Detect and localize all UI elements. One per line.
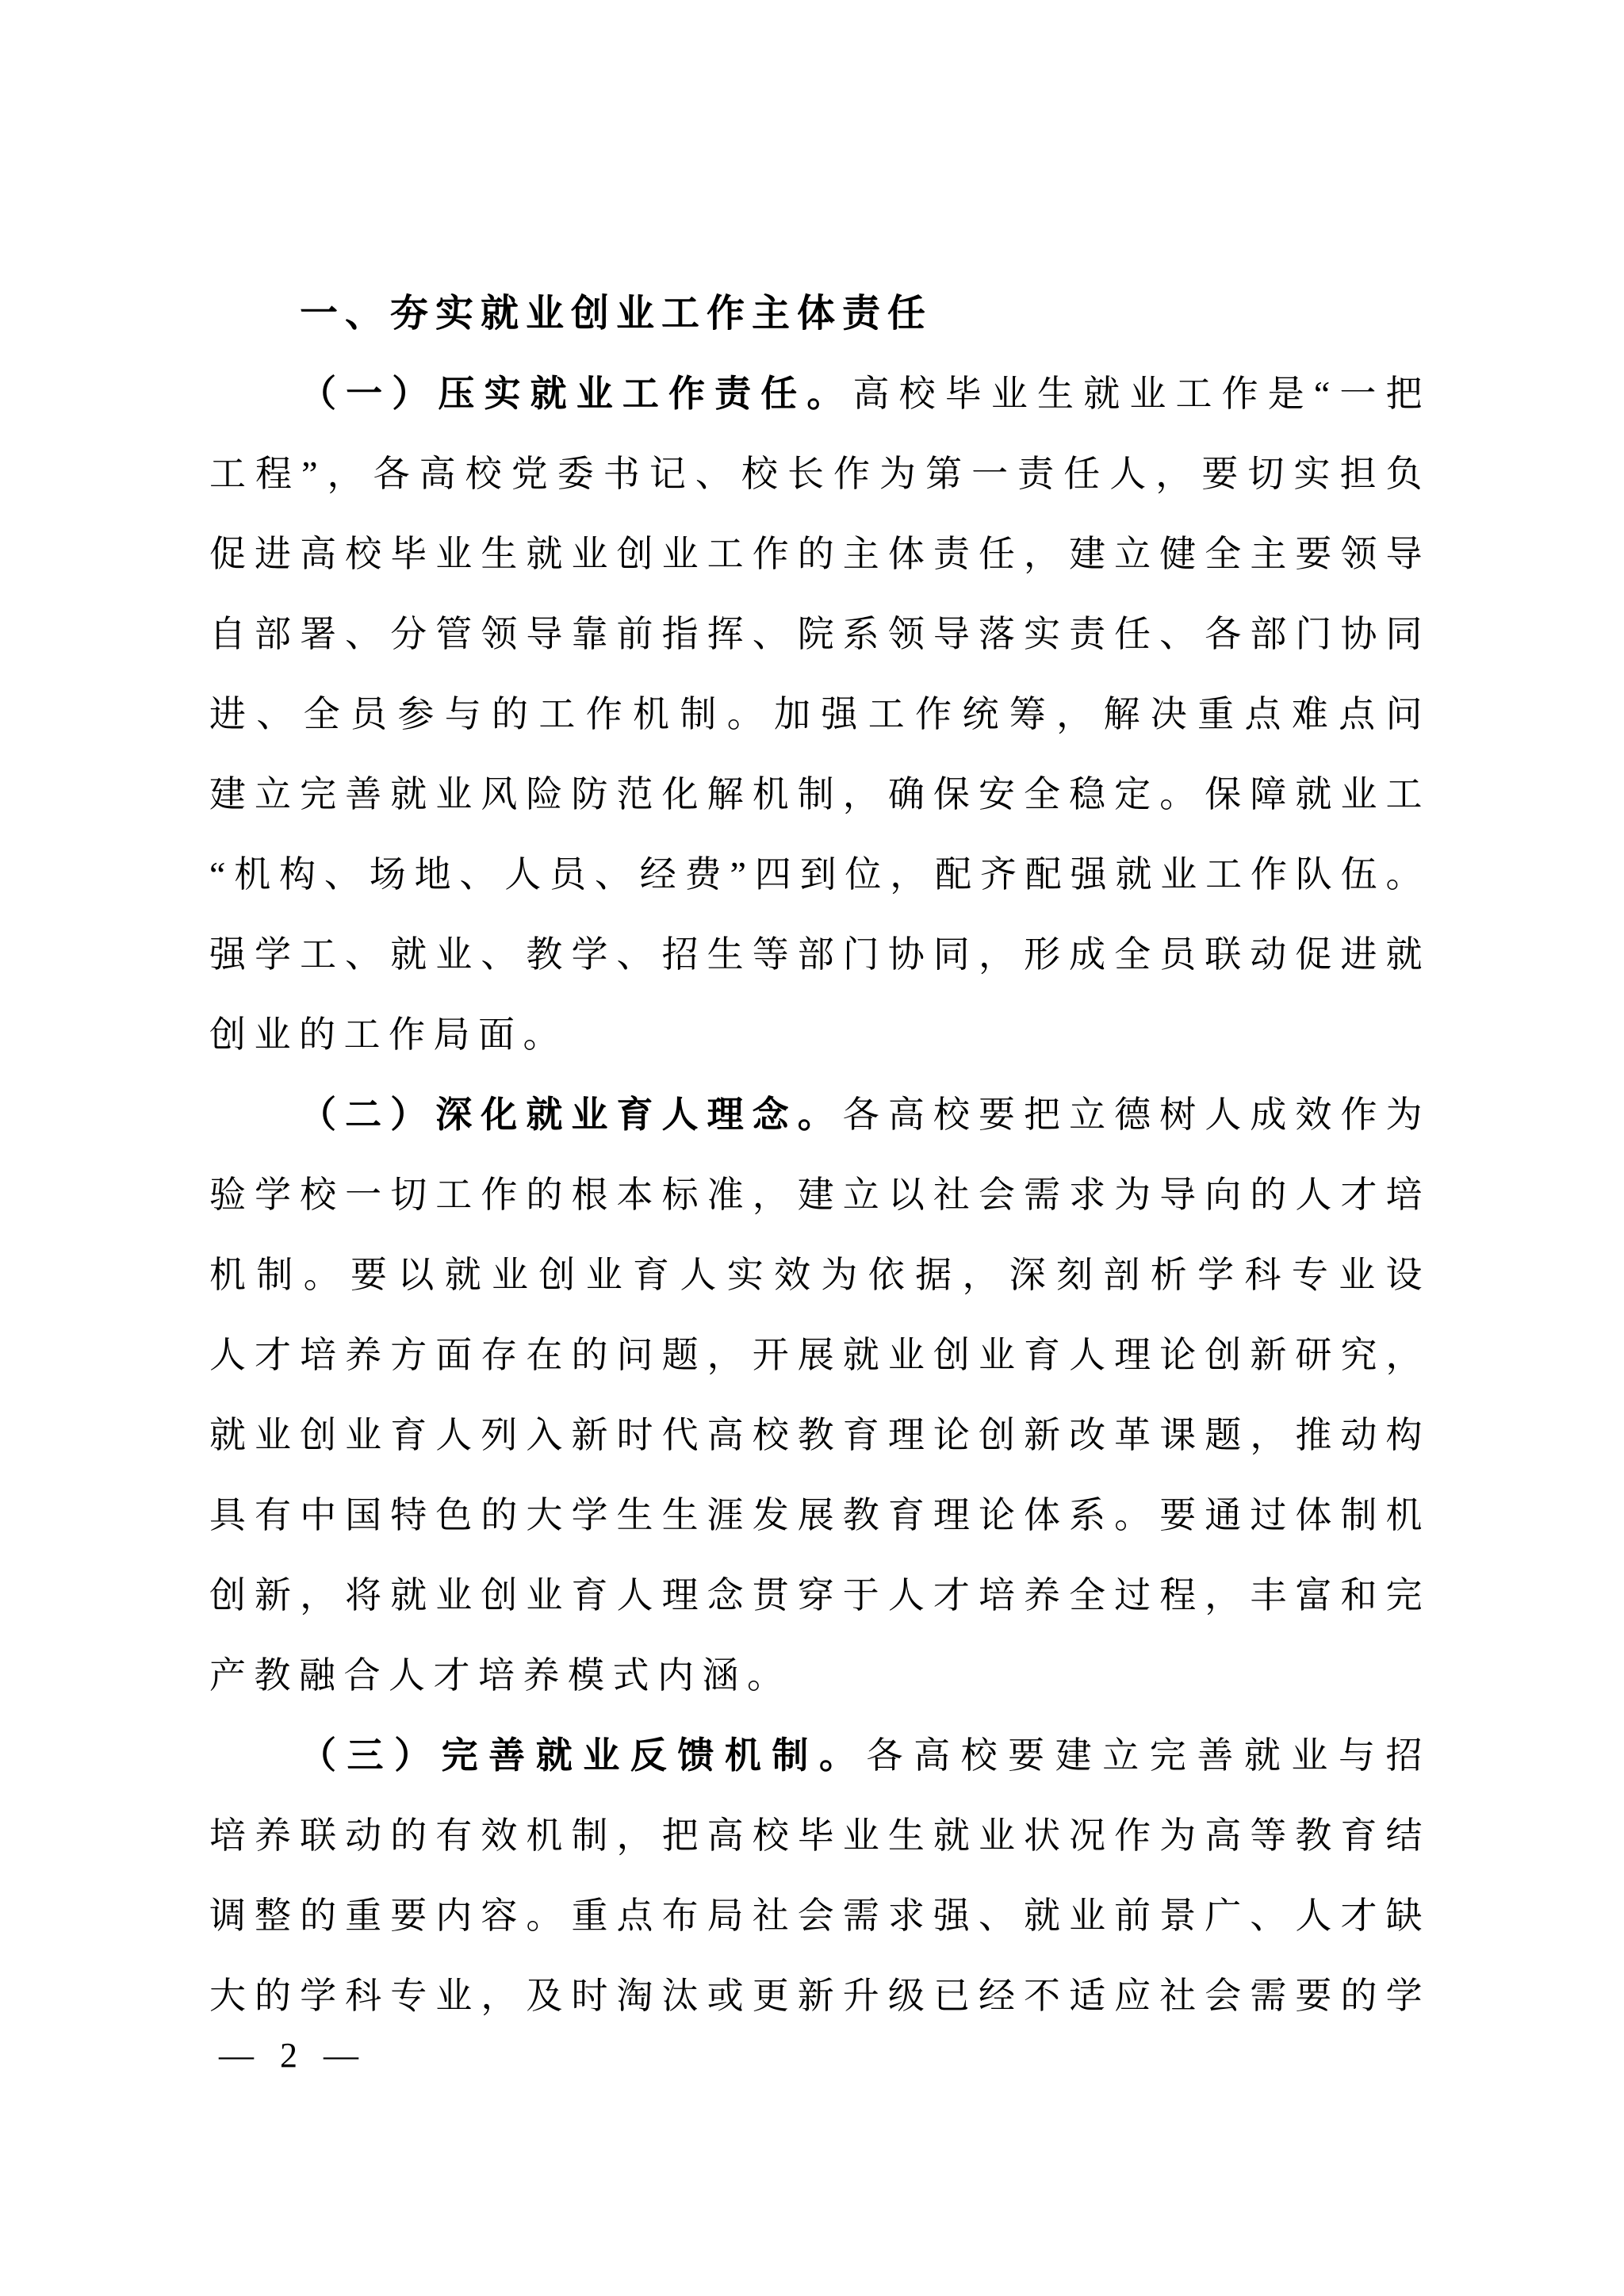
document-body: 一、夯实就业创业工作主体责任 （一）压实就业工作责任。高校毕业生就业工作是“一把… — [209, 274, 1431, 2036]
text-line: 促进高校毕业生就业创业工作的主体责任，建立健全主要领导亲 — [209, 514, 1431, 594]
document-page: 一、夯实就业创业工作主体责任 （一）压实就业工作责任。高校毕业生就业工作是“一把… — [0, 0, 1624, 2296]
text-line: 自部署、分管领导靠前指挥、院系领导落实责任、各部门协同推 — [209, 594, 1431, 674]
paragraph-lead: （二）深化就业育人理念。 — [300, 1094, 843, 1135]
text-line: 建立完善就业风险防范化解机制，确保安全稳定。保障就业工作 — [209, 754, 1431, 834]
text-line: 验学校一切工作的根本标准，建立以社会需求为导向的人才培养 — [209, 1155, 1431, 1235]
text-line: 创业的工作局面。 — [209, 995, 1431, 1075]
text-line: （二）深化就业育人理念。各高校要把立德树人成效作为检 — [209, 1075, 1431, 1155]
text-line: 工程”，各高校党委书记、校长作为第一责任人，要切实担负起 — [209, 434, 1431, 514]
text-line: 人才培养方面存在的问题，开展就业创业育人理论创新研究，将 — [209, 1315, 1431, 1395]
text-line: 强学工、就业、教学、招生等部门协同，形成全员联动促进就业 — [209, 914, 1431, 995]
text-line: 创新，将就业创业育人理念贯穿于人才培养全过程，丰富和完善 — [209, 1555, 1431, 1635]
text-line: （一）压实就业工作责任。高校毕业生就业工作是“一把手 — [209, 354, 1431, 434]
text-line: 大的学科专业，及时淘汰或更新升级已经不适应社会需要的学科 — [209, 1956, 1431, 2036]
paragraph-lead: （三）完善就业反馈机制。 — [300, 1735, 867, 1776]
text-line: 调整的重要内容。重点布局社会需求强、就业前景广、人才缺口 — [209, 1876, 1431, 1956]
text-line: 培养联动的有效机制，把高校毕业生就业状况作为高等教育结构 — [209, 1796, 1431, 1876]
text-line: “机构、场地、人员、经费”四到位，配齐配强就业工作队伍。加 — [209, 834, 1431, 914]
section-heading: 一、夯实就业创业工作主体责任 — [209, 274, 1431, 354]
text-line: 进、全员参与的工作机制。加强工作统筹，解决重点难点问题， — [209, 674, 1431, 754]
paragraph-lead: （一）压实就业工作责任。 — [300, 374, 853, 414]
text-line: 具有中国特色的大学生生涯发展教育理论体系。要通过体制机制 — [209, 1475, 1431, 1555]
page-number: — 2 — — [219, 2035, 361, 2076]
text-line: 就业创业育人列入新时代高校教育理论创新改革课题，推动构建 — [209, 1395, 1431, 1475]
text-line: （三）完善就业反馈机制。各高校要建立完善就业与招生、 — [209, 1715, 1431, 1796]
text-line: 产教融合人才培养模式内涵。 — [209, 1635, 1431, 1715]
text-line: 机制。要以就业创业育人实效为依据，深刻剖析学科专业设置、 — [209, 1235, 1431, 1315]
